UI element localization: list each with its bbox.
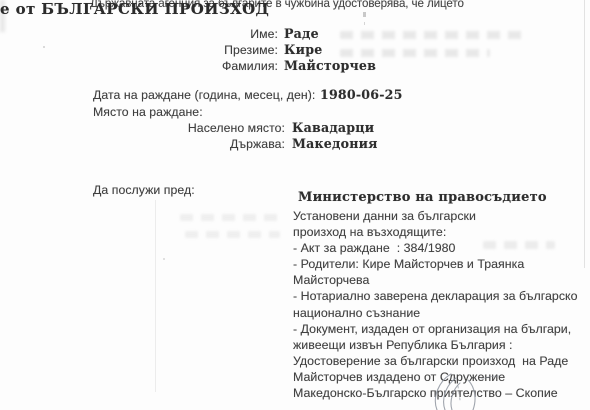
scan-speck-1 <box>43 46 45 48</box>
family-name-label: Фамилия: <box>150 59 278 73</box>
middle-name-label: Презиме: <box>150 43 278 57</box>
first-name-label: Име: <box>150 27 278 41</box>
birth-date-label: Дата на раждане (година, месец, ден): <box>93 88 315 102</box>
bleedthrough-text-line-3 <box>180 214 280 221</box>
scan-speck-2 <box>163 258 165 260</box>
detail-line: Майсторчева <box>293 272 589 288</box>
family-name-value: Майсторчев <box>284 58 376 73</box>
country-label: Държава: <box>150 137 285 151</box>
settlement-value: Кавадарци <box>292 120 374 135</box>
bleedthrough-text-line-4 <box>185 231 280 238</box>
signature-strokes <box>415 371 525 410</box>
settlement-label: Населено място: <box>150 121 285 135</box>
detail-line: национално съзнание <box>293 305 589 321</box>
bleedthrough-text-line-2 <box>340 49 490 57</box>
detail-line: - Акт за раждане : 384/1980 <box>293 240 589 256</box>
detail-line: произход на възходящите: <box>293 224 589 240</box>
detail-line: живеещи извън Република България : <box>293 337 589 353</box>
detail-line: Установени данни за български <box>293 208 589 224</box>
detail-line: Удостоверение за български произход на Р… <box>293 353 589 369</box>
scan-speck-colon <box>363 12 366 17</box>
scan-fold-line <box>155 200 156 392</box>
recipient-ministry: Министерство на правосъдието <box>293 190 589 205</box>
birth-place-label: Място на раждане: <box>93 105 203 119</box>
scanned-certificate-page: Държавната агенция за българите в чужбин… <box>0 0 590 410</box>
country-value: Македония <box>292 136 378 151</box>
middle-name-value: Кире <box>284 42 322 57</box>
first-name-value: Раде <box>284 26 319 41</box>
detail-line: - Родители: Кире Майсторчев и Траянка <box>293 256 589 272</box>
bulgarian-origin-statement: е от БЪЛГАРСКИ ПРОИЗХОД <box>0 0 269 18</box>
birth-date-value: 1980-06-25 <box>320 87 403 102</box>
purpose-label: Да послужи пред: <box>93 183 195 197</box>
detail-line: - Нотариално заверена декларация за бълг… <box>293 288 589 304</box>
bleedthrough-text-line-1 <box>340 31 525 39</box>
purpose-details-column: Министерство на правосъдието Установени … <box>293 190 589 401</box>
detail-line: - Документ, издаден от организация на бъ… <box>293 321 589 337</box>
